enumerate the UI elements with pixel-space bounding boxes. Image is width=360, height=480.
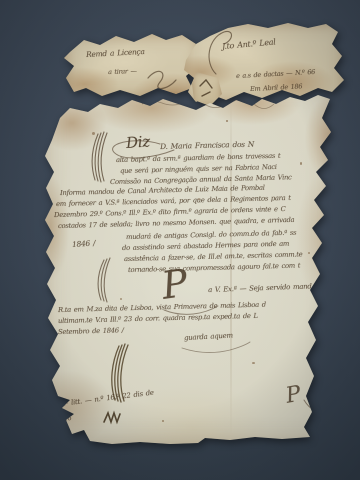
handwriting-line: a tirar — — [108, 67, 137, 76]
opening-word: Diz — [125, 132, 150, 152]
ink-flourish-svg — [64, 34, 200, 98]
paper-sheet-main: Diz D. Maria Francisca dos N alta bapt.ª… — [42, 78, 334, 446]
hatch-stroke — [98, 132, 104, 182]
petition-line: ultimam.te V.ra Ill.º 23 do corr. quadra… — [58, 312, 258, 325]
hatch-stroke — [92, 134, 98, 180]
photograph-background: Remd a Licença a tirar — J.to Ant.º Leal… — [0, 0, 360, 480]
footer-scribble — [104, 413, 120, 422]
marginal-year: 1846 / — [72, 238, 96, 249]
ink-speck — [308, 252, 310, 254]
hatch-flourish — [92, 132, 107, 182]
body-line: tornando-se sua compromessada agouro fal… — [128, 261, 300, 274]
handwriting-line: Remd a Licença — [86, 47, 145, 59]
body-line: alta bapt.ª da srm.ª guardiam de bons tr… — [116, 152, 280, 164]
hatch-flourish — [98, 258, 110, 302]
ink-speck — [162, 420, 164, 422]
hatch-stroke — [95, 133, 101, 181]
footer-paraph: P — [284, 382, 303, 409]
hatch-stroke — [101, 259, 107, 301]
handwriting-line: Em Abril de 186 — [250, 82, 303, 93]
paraph-tail — [304, 400, 332, 415]
hatch-stroke — [104, 258, 110, 302]
petition-date-line: Setembro de 1846 / — [58, 326, 124, 336]
ink-speck — [198, 198, 200, 200]
body-line: que será por ninguém quis ser na Fabrica… — [120, 163, 277, 175]
body-line: do assistindo será abastado Hermes para … — [122, 240, 289, 252]
body-line: D. Maria Francisca dos N — [160, 140, 254, 151]
footer-note-year: 1846 — [56, 414, 72, 423]
loop-flourish — [148, 71, 176, 88]
footer-note-line: s.º litt. — n.º 16.º 22 dis de — [60, 389, 155, 408]
ink-speck — [120, 298, 122, 300]
body-line: assistência a fazer-se, de Ill.el am.te,… — [124, 250, 303, 263]
ink-marks — [200, 80, 212, 96]
ink-speck — [252, 362, 255, 364]
hatch-stroke — [101, 133, 107, 181]
ink-speck — [92, 132, 95, 135]
ink-speck — [226, 120, 228, 122]
paper-fragment-top-left: Remd a Licença a tirar — — [64, 34, 200, 98]
handwriting-line: e a.s de dactas — N.º 66 — [236, 68, 315, 80]
ink-speck — [300, 162, 302, 165]
petition-request: a V. Ex.ª — Seja servido mand — [208, 282, 312, 294]
signature-underline — [182, 342, 250, 353]
hatch-stroke — [98, 260, 104, 300]
signature: guarda aquem — [184, 331, 233, 342]
ascender-flourish — [209, 31, 231, 74]
handwriting-line: J.to Ant.º Leal — [222, 37, 276, 51]
manuscript: Remd a Licença a tirar — J.to Ant.º Leal… — [0, 0, 360, 480]
